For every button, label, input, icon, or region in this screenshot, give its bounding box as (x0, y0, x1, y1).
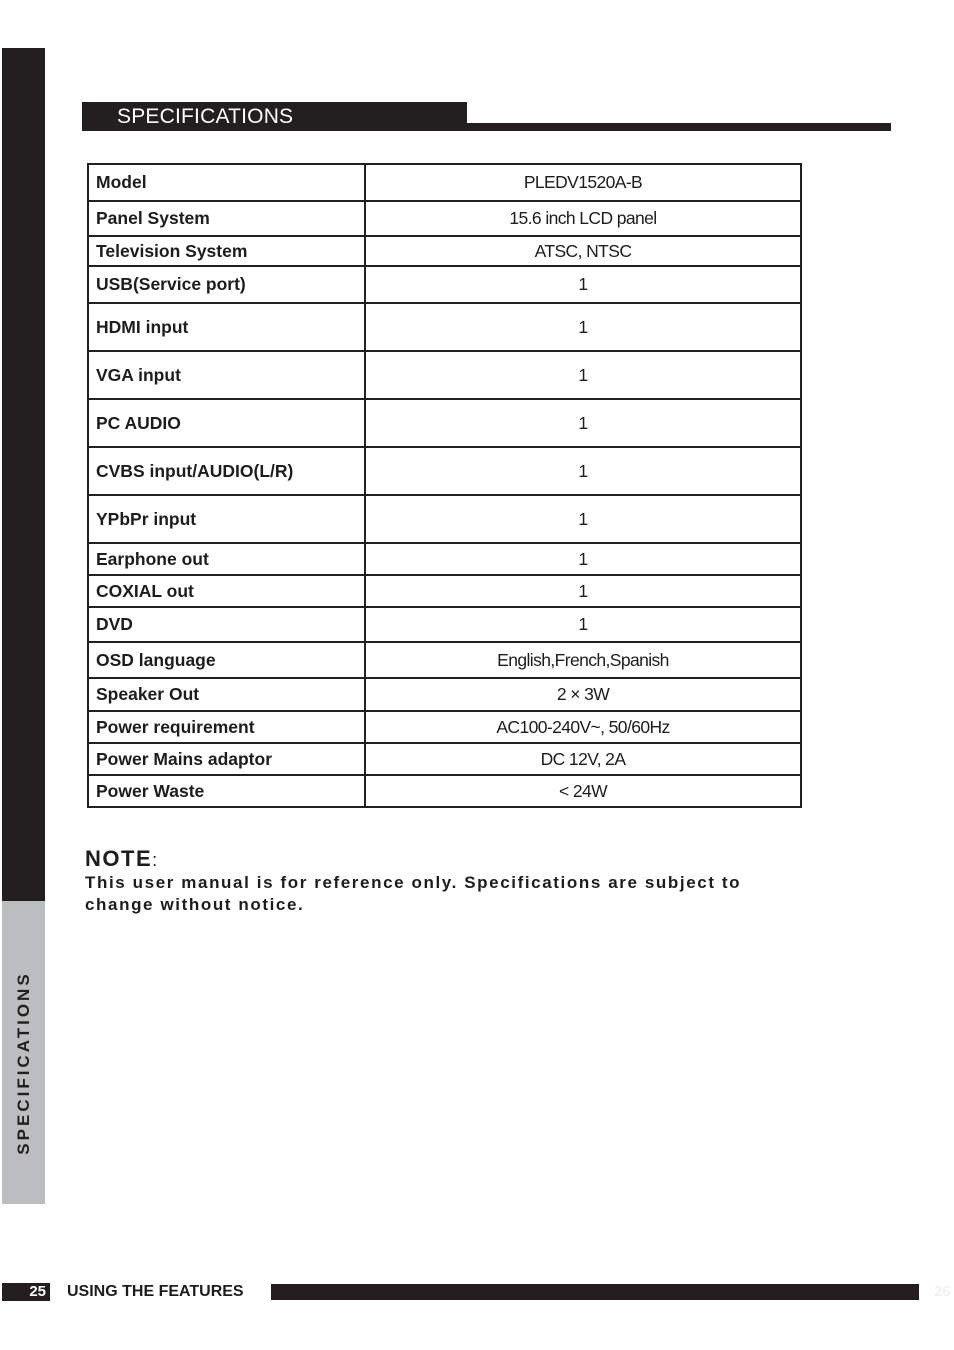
spec-value: 1 (365, 351, 801, 399)
spec-table: ModelPLEDV1520A-BPanel System15.6 inch L… (87, 163, 802, 808)
spec-row: CVBS input/AUDIO(L/R)1 (88, 447, 801, 495)
spec-label: OSD language (88, 642, 365, 678)
spec-label: CVBS input/AUDIO(L/R) (88, 447, 365, 495)
spec-row: Speaker Out2 × 3W (88, 678, 801, 711)
spec-label: Power Mains adaptor (88, 743, 365, 775)
spec-label: Speaker Out (88, 678, 365, 711)
spec-label: COXIAL out (88, 575, 365, 607)
section-title: SPECIFICATIONS (117, 104, 293, 130)
spec-row: ModelPLEDV1520A-B (88, 164, 801, 201)
spec-label: Television System (88, 236, 365, 266)
spec-label: PC AUDIO (88, 399, 365, 447)
spec-label: DVD (88, 607, 365, 642)
spec-label: YPbPr input (88, 495, 365, 543)
spec-label: Model (88, 164, 365, 201)
spec-row: Panel System15.6 inch LCD panel (88, 201, 801, 236)
spec-row: USB(Service port)1 (88, 266, 801, 303)
spec-row: HDMI input1 (88, 303, 801, 351)
spec-row: Power Mains adaptorDC 12V, 2A (88, 743, 801, 775)
spec-value: 1 (365, 543, 801, 575)
spec-row: Television SystemATSC, NTSC (88, 236, 801, 266)
side-tab-label: SPECIFICATIONS (14, 971, 34, 1154)
section-title-rule (467, 123, 891, 131)
spec-row: DVD1 (88, 607, 801, 642)
spec-value: 1 (365, 607, 801, 642)
next-page-number-ghost: 26 (934, 1283, 951, 1301)
spec-row: VGA input1 (88, 351, 801, 399)
spec-row: YPbPr input1 (88, 495, 801, 543)
footer-section-label: USING THE FEATURES (67, 1283, 244, 1301)
spec-value: DC 12V, 2A (365, 743, 801, 775)
spec-value: 1 (365, 266, 801, 303)
spec-label: Power Waste (88, 775, 365, 807)
spec-row: Earphone out1 (88, 543, 801, 575)
note-colon: : (152, 850, 159, 870)
spec-value: 2 × 3W (365, 678, 801, 711)
spec-value: 1 (365, 399, 801, 447)
spec-value: 1 (365, 495, 801, 543)
note-body: This user manual is for reference only. … (85, 872, 785, 916)
spec-value: PLEDV1520A-B (365, 164, 801, 201)
spec-value: 15.6 inch LCD panel (365, 201, 801, 236)
spec-label: Panel System (88, 201, 365, 236)
note-heading: NOTE: (85, 846, 159, 872)
spec-value: 1 (365, 447, 801, 495)
spec-label: USB(Service port) (88, 266, 365, 303)
spec-row: OSD languageEnglish,French,Spanish (88, 642, 801, 678)
page-number: 25 (2, 1283, 50, 1301)
spec-value: 1 (365, 575, 801, 607)
spec-value: AC100-240V~, 50/60Hz (365, 711, 801, 743)
spec-label: Power requirement (88, 711, 365, 743)
spec-row: Power requirementAC100-240V~, 50/60Hz (88, 711, 801, 743)
spec-row: COXIAL out1 (88, 575, 801, 607)
spec-label: HDMI input (88, 303, 365, 351)
side-tab-dark-band (2, 48, 45, 901)
spec-value: ATSC, NTSC (365, 236, 801, 266)
spec-row: PC AUDIO1 (88, 399, 801, 447)
spec-row: Power Waste< 24W (88, 775, 801, 807)
footer-rule (271, 1284, 919, 1300)
spec-value: English,French,Spanish (365, 642, 801, 678)
spec-value: 1 (365, 303, 801, 351)
spec-label: VGA input (88, 351, 365, 399)
spec-label: Earphone out (88, 543, 365, 575)
note-heading-text: NOTE (85, 846, 152, 871)
spec-value: < 24W (365, 775, 801, 807)
